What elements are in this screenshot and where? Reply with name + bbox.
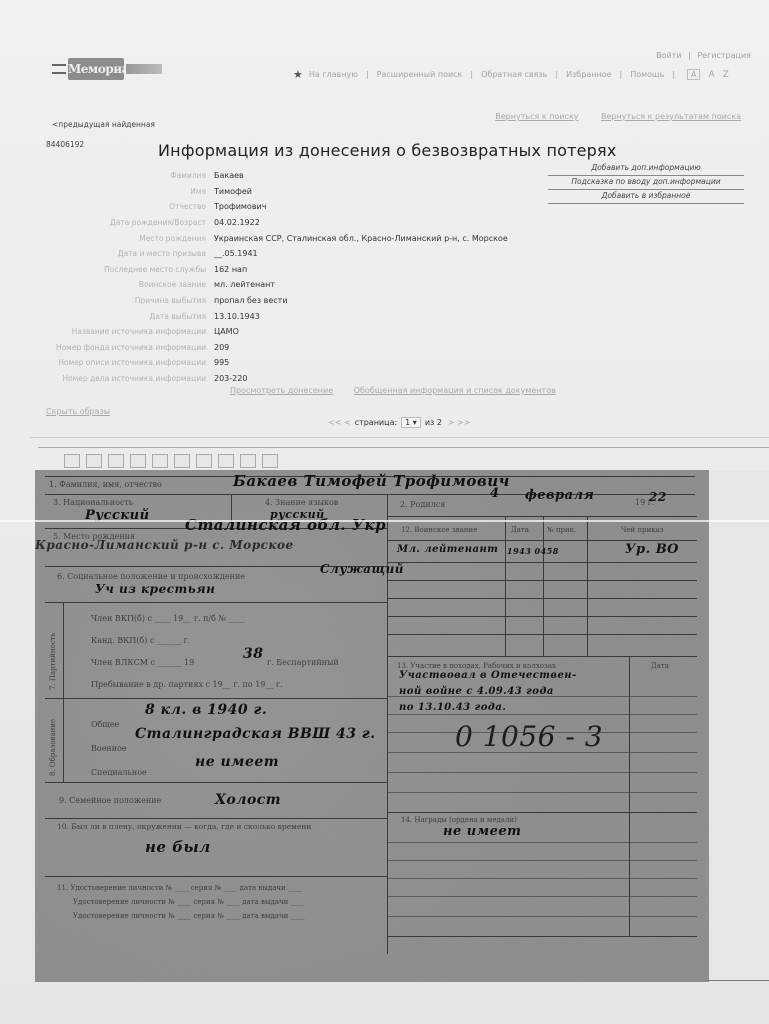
form-line — [387, 580, 697, 581]
handwritten-born-month: февраля — [525, 488, 594, 503]
info-row-date-lost: Дата выбытия13.10.1943 — [40, 308, 508, 324]
form-line — [387, 936, 697, 937]
form-line — [45, 782, 387, 783]
page-margin — [710, 470, 769, 982]
info-table: ФамилияБакаев ИмяТимофей ОтчествоТрофимо… — [40, 168, 508, 386]
info-row-reason: Причина выбытияпропал без вести — [40, 293, 508, 309]
info-label: Дата рождения/Возраст — [40, 218, 214, 227]
font-size-medium-button[interactable]: A — [708, 70, 714, 80]
handwritten-campaigns-3: по 13.10.43 года. — [399, 702, 506, 713]
info-value: 209 — [214, 343, 229, 352]
info-row-surname: ФамилияБакаев — [40, 168, 508, 184]
form-line — [387, 598, 697, 599]
info-row-conscription: Дата и место призыва__.05.1941 — [40, 246, 508, 262]
nav-separator: | — [672, 70, 675, 79]
nav-separator: | — [555, 70, 558, 79]
form-line — [387, 792, 697, 793]
form-line — [505, 516, 506, 656]
info-value: ЦАМО — [214, 327, 239, 336]
form-line — [45, 818, 387, 819]
info-label: Фамилия — [40, 171, 214, 180]
font-size-large-button[interactable]: Z — [723, 70, 729, 80]
document-links: Просмотреть донесение Обобщенная информа… — [230, 386, 574, 395]
form-line — [45, 602, 387, 603]
handwritten-captivity: не был — [145, 838, 211, 856]
info-value: __.05.1941 — [214, 249, 258, 258]
add-to-favorites-button[interactable]: Добавить в избранное — [548, 190, 744, 204]
handwritten-birthplace-2: Красно-Лиманский р-н с. Морское — [35, 538, 294, 552]
nav-separator: | — [470, 70, 473, 79]
field-label: Член ВКП(б) с ____ 19__ г. п/б № ____ — [91, 614, 245, 623]
field-label: г. Беспартийный — [267, 658, 339, 667]
info-row-birthdate: Дата рождения/Возраст04.02.1922 — [40, 215, 508, 231]
form-line — [45, 494, 695, 495]
top-navigation: ★ На главную | Расширенный поиск | Обрат… — [293, 68, 729, 81]
page-select[interactable]: 1 ▾ — [401, 417, 421, 428]
info-row-inventory: Номер описи источника информации995 — [40, 355, 508, 371]
handwritten-social: Служащий — [320, 562, 404, 576]
info-value: Украинская ССР, Сталинская обл., Красно-… — [214, 234, 508, 243]
nav-home[interactable]: На главную — [309, 70, 358, 79]
logo-text: Мемориал — [68, 58, 124, 80]
login-link[interactable]: Войти — [656, 51, 681, 60]
info-row-rank: Воинское званиемл. лейтенант — [40, 277, 508, 293]
image-tool-button[interactable] — [218, 454, 234, 468]
field-label: Дата — [651, 662, 669, 670]
form-line — [387, 772, 697, 773]
font-size-small-button[interactable]: A — [687, 69, 700, 80]
field-label: 7. Партийность — [49, 633, 57, 690]
hide-images-link[interactable]: Скрыть образы — [46, 407, 110, 416]
divider — [708, 980, 769, 981]
nav-separator: | — [366, 70, 369, 79]
field-label: Специальное — [91, 768, 147, 777]
table-header: 12. Воинское звание — [401, 526, 477, 534]
field-label: 2. Родился — [400, 500, 445, 509]
field-label: 9. Семейное положение — [59, 796, 161, 805]
form-line — [63, 698, 64, 782]
info-value: пропал без вести — [214, 296, 288, 305]
logo-ribbon-tail — [126, 64, 162, 74]
back-links: Вернуться к поиску Вернуться к результат… — [475, 112, 741, 121]
form-line — [387, 812, 697, 813]
handwritten-vlksm-year: 38 — [243, 646, 263, 662]
info-value: Трофимович — [214, 202, 266, 211]
info-value: 04.02.1922 — [214, 218, 260, 227]
next-last-page-buttons[interactable]: > >> — [448, 418, 471, 427]
paper-fold — [0, 520, 769, 522]
info-label: Причина выбытия — [40, 296, 214, 305]
memorial-logo[interactable]: Мемориал — [52, 58, 162, 80]
handwritten-edu-special: не имеет — [195, 754, 279, 770]
image-tool-button[interactable] — [152, 454, 168, 468]
handwritten-social-2: Уч из крестьян — [95, 582, 215, 596]
form-line — [387, 916, 697, 917]
form-line — [45, 698, 387, 699]
form-line — [387, 634, 697, 635]
info-label: Воинское звание — [40, 280, 214, 289]
form-line — [387, 616, 697, 617]
form-line — [387, 732, 697, 733]
image-tool-button[interactable] — [262, 454, 278, 468]
form-line — [387, 860, 697, 861]
info-label: Дата выбытия — [40, 312, 214, 321]
info-label: Номер описи источника информации — [40, 358, 214, 367]
form-line — [387, 656, 697, 657]
info-row-fund: Номер фонда источника информации209 — [40, 340, 508, 356]
info-label: Название источника информации — [40, 327, 214, 336]
form-line — [387, 878, 697, 879]
info-row-name: ИмяТимофей — [40, 184, 508, 200]
table-header: № прик. — [547, 526, 576, 534]
divider — [30, 437, 769, 438]
form-line — [587, 516, 588, 656]
handwritten-family: Холост — [215, 792, 281, 808]
info-value: мл. лейтенант — [214, 280, 275, 289]
handwritten-rank-date: 1943 0458 — [507, 546, 559, 556]
table-header: Дата — [511, 526, 529, 534]
scanned-document-image[interactable]: 1. Фамилия, имя, отчество Бакаев Тимофей… — [35, 470, 709, 982]
field-label: Общее — [91, 720, 119, 729]
input-hint-button[interactable]: Подсказка по вводу доп.информации — [548, 176, 744, 190]
record-id: 84406192 — [46, 140, 84, 149]
field-label: Канд. ВКП(б) с ______ г. — [91, 636, 190, 645]
info-label: Отчество — [40, 202, 214, 211]
add-info-button[interactable]: Добавить доп.информацию — [548, 162, 744, 176]
back-to-search-link[interactable]: Вернуться к поиску — [495, 112, 578, 121]
info-row-source: Название источника информацииЦАМО — [40, 324, 508, 340]
auth-links: Войти | Регистрация — [652, 51, 751, 60]
form-line — [629, 656, 630, 936]
image-tool-buttons — [64, 454, 284, 468]
image-tool-button[interactable] — [196, 454, 212, 468]
page: Мемориал Войти | Регистрация ★ На главну… — [0, 0, 769, 1024]
handwritten-rank: Мл. лейтенант — [397, 544, 498, 555]
field-label: 13. Участие в походах, Рабочих и колхоза… — [397, 662, 556, 670]
handwritten-birthplace: Сталинская обл. Укр — [185, 516, 386, 534]
field-label: 4. Знание языков — [265, 498, 338, 507]
image-tool-button[interactable] — [240, 454, 256, 468]
handwritten-awards: не имеет — [443, 824, 521, 839]
form-line — [387, 516, 697, 517]
info-row-file: Номер дела источника информации203-220 — [40, 371, 508, 387]
info-label: Номер дела источника информации — [40, 374, 214, 383]
field-label: Военное — [91, 744, 127, 753]
info-label: Номер фонда источника информации — [40, 343, 214, 352]
info-row-patronymic: ОтчествоТрофимович — [40, 199, 508, 215]
image-tool-button[interactable] — [130, 454, 146, 468]
info-value: Бакаев — [214, 171, 244, 180]
star-icon: ★ — [293, 68, 303, 81]
form-line — [387, 752, 697, 753]
archive-stamp-number: 0 1056 - 3 — [455, 720, 603, 753]
form-line — [63, 602, 64, 698]
form-line — [387, 540, 697, 541]
info-row-last-service: Последнее место службы162 нап — [40, 262, 508, 278]
nav-advanced-search[interactable]: Расширенный поиск — [377, 70, 463, 79]
field-label: 3. Национальность — [53, 498, 133, 507]
field-label: 1. Фамилия, имя, отчество — [49, 480, 162, 489]
field-label: 14. Награды (ордена и медали) — [401, 816, 517, 824]
handwritten-rank-by: Ур. ВО — [625, 542, 679, 557]
image-tool-button[interactable] — [108, 454, 124, 468]
form-line — [387, 562, 697, 563]
handwritten-born-day: 4 — [490, 486, 500, 501]
field-label: 10. Был ли в плену, окружении — когда, г… — [57, 822, 311, 831]
page-label: страница: — [355, 418, 398, 427]
ribbon-icon — [52, 64, 66, 74]
info-value: 162 нап — [214, 265, 247, 274]
info-label: Имя — [40, 187, 214, 196]
action-buttons: Добавить доп.информацию Подсказка по вво… — [548, 162, 744, 204]
page-title: Информация из донесения о безвозвратных … — [158, 141, 617, 160]
summary-link[interactable]: Обобщенная информация и список документо… — [354, 386, 556, 395]
info-label: Дата и место призыва — [40, 249, 214, 258]
info-label: Место рождения — [40, 234, 214, 243]
handwritten-edu-general: 8 кл. в 1940 г. — [145, 702, 267, 718]
field-label: 8. Образование — [49, 719, 57, 776]
page-total: из 2 — [425, 418, 442, 427]
field-label: 11. Удостоверение личности № ____ серия … — [57, 884, 302, 892]
info-value: Тимофей — [214, 187, 252, 196]
pagination: << < страница: 1 ▾ из 2 > >> — [328, 417, 471, 428]
auth-separator: | — [688, 51, 691, 60]
field-label: Удостоверение личности № ____ серия № __… — [73, 898, 305, 906]
nav-separator: | — [620, 70, 623, 79]
info-value: 13.10.1943 — [214, 312, 260, 321]
form-line — [543, 516, 544, 656]
view-report-link[interactable]: Просмотреть донесение — [230, 386, 333, 395]
handwritten-edu-military: Сталинградская ВВШ 43 г. — [135, 726, 376, 742]
handwritten-campaigns: Участвовал в Отечествен- — [399, 670, 577, 681]
nav-favorites[interactable]: Избранное — [566, 70, 611, 79]
field-label: Пребывание в др. партиях с 19__ г. по 19… — [91, 680, 283, 689]
table-header: Чей приказ — [621, 526, 664, 534]
image-tool-button[interactable] — [64, 454, 80, 468]
info-label: Последнее место службы — [40, 265, 214, 274]
image-tool-button[interactable] — [86, 454, 102, 468]
image-tool-button[interactable] — [174, 454, 190, 468]
previous-found-link[interactable]: <предыдущая найденная — [52, 120, 155, 129]
info-row-birthplace: Место рожденияУкраинская ССР, Сталинская… — [40, 230, 508, 246]
handwritten-name: Бакаев Тимофей Трофимович — [233, 472, 510, 490]
back-to-results-link[interactable]: Вернуться к результатам поиска — [601, 112, 741, 121]
handwritten-born-year: 22 — [649, 490, 667, 504]
field-label: 6. Социальное положение и происхождение — [57, 572, 245, 581]
form-line — [387, 714, 697, 715]
form-line — [387, 842, 697, 843]
field-label: Удостоверение личности № ____ серия № __… — [73, 912, 305, 920]
nav-help[interactable]: Помощь — [630, 70, 664, 79]
first-prev-page-buttons[interactable]: << < — [328, 418, 351, 427]
form-line — [387, 696, 697, 697]
form-line — [45, 876, 387, 877]
register-link[interactable]: Регистрация — [697, 51, 751, 60]
nav-feedback[interactable]: Обратная связь — [481, 70, 547, 79]
form-line — [387, 896, 697, 897]
info-value: 995 — [214, 358, 229, 367]
field-label: Член ВЛКСМ с ______ 19 — [91, 658, 194, 667]
info-value: 203-220 — [214, 374, 247, 383]
